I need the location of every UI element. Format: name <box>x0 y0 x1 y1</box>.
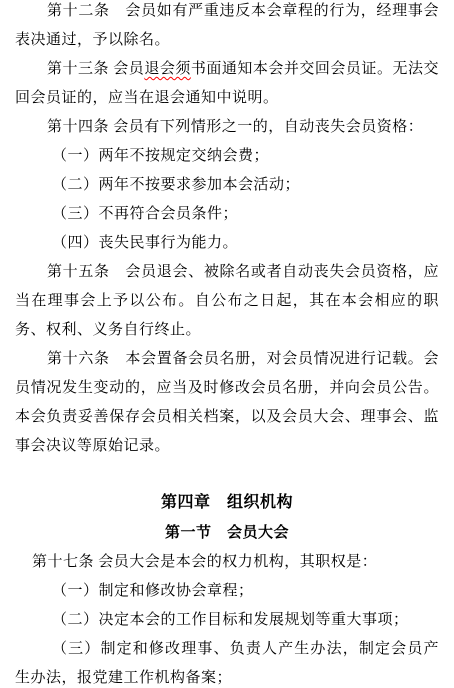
text-run: （三）制定和修改理事、负责人产生办法，制定会员产生办法，报党建工作机构备案； <box>15 641 439 686</box>
text-run: （二）两年不按要求参加本会活动； <box>52 177 300 193</box>
spellcheck-underlined-text: 退会须 <box>144 61 191 77</box>
text-run: （三）不再符合会员条件； <box>52 206 238 222</box>
text-run: 第四章 组织机构 <box>161 494 293 511</box>
article-paragraph: 第十四条 会员有下列情形之一的，自动丧失会员资格： <box>15 113 439 142</box>
list-item-paragraph: （三）不再符合会员条件； <box>15 200 439 229</box>
text-run: 第十七条 会员大会是本会的权力机构，其职权是： <box>32 554 377 570</box>
article-paragraph: 第十二条 会员如有严重违反本会章程的行为，经理事会表决通过，予以除名。 <box>15 0 439 55</box>
document-page: 第十二条 会员如有严重违反本会章程的行为，经理事会表决通过，予以除名。第十三条 … <box>0 0 454 685</box>
article-paragraph: 第十三条 会员退会须书面通知本会并交回会员证。无法交回会员证的，应当在退会通知中… <box>15 55 439 113</box>
list-item-paragraph: （一）两年不按规定交纳会费； <box>15 142 439 171</box>
text-run: （一）两年不按规定交纳会费； <box>52 148 269 164</box>
text-run: （四）丧失民事行为能力。 <box>52 235 238 251</box>
text-run: 第一节 会员大会 <box>165 525 289 541</box>
text-run: 第十二条 会员如有严重违反本会章程的行为，经理事会表决通过，予以除名。 <box>15 3 439 48</box>
text-run: （二）决定本会的工作目标和发展规划等重大事项； <box>52 612 409 628</box>
list-item-paragraph: （二）决定本会的工作目标和发展规划等重大事项； <box>15 606 439 635</box>
chapter-heading: 第四章 组织机构 <box>15 488 439 518</box>
list-item-paragraph: （二）两年不按要求参加本会活动； <box>15 171 439 200</box>
list-item-paragraph: （四）丧失民事行为能力。 <box>15 229 439 258</box>
document-body: 第十二条 会员如有严重违反本会章程的行为，经理事会表决通过，予以除名。第十三条 … <box>15 0 439 688</box>
text-run: 第十五条 会员退会、被除名或者自动丧失会员资格，应当在理事会上予以公布。自公布之… <box>15 264 439 338</box>
text-run: 第十六条 本会置备会员名册，对会员情况进行记载。会员情况发生变动的，应当及时修改… <box>15 351 439 454</box>
text-run: （一）制定和修改协会章程； <box>52 583 254 599</box>
article-paragraph: 第十六条 本会置备会员名册，对会员情况进行记载。会员情况发生变动的，应当及时修改… <box>15 345 439 461</box>
article-paragraph: 第十五条 会员退会、被除名或者自动丧失会员资格，应当在理事会上予以公布。自公布之… <box>15 258 439 345</box>
text-run: 第十四条 会员有下列情形之一的，自动丧失会员资格： <box>47 119 423 135</box>
list-item-paragraph: （三）制定和修改理事、负责人产生办法，制定会员产生办法，报党建工作机构备案； <box>15 635 439 688</box>
list-item-paragraph: （一）制定和修改协会章程； <box>15 577 439 606</box>
text-run: 第十三条 会员 <box>47 61 144 77</box>
article-paragraph: 第十七条 会员大会是本会的权力机构，其职权是： <box>15 548 439 577</box>
section-heading: 第一节 会员大会 <box>15 518 439 548</box>
